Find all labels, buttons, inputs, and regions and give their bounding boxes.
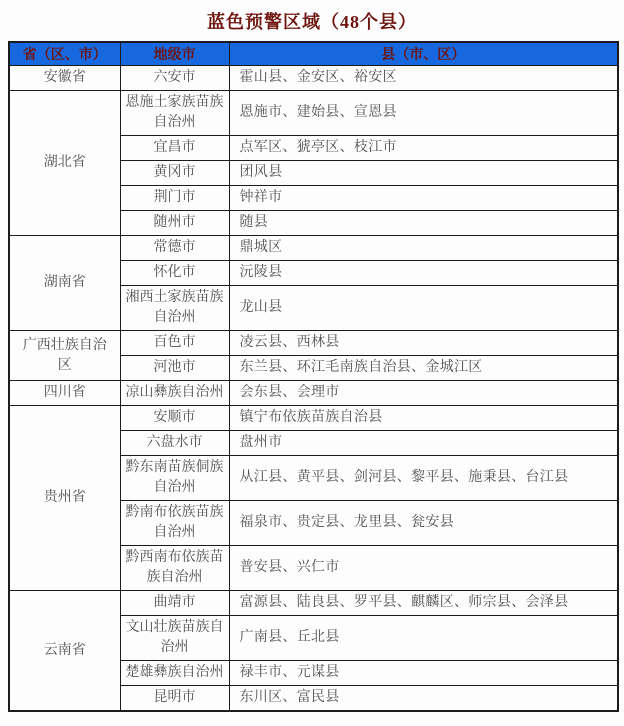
counties-cell: 团风县 <box>229 161 618 186</box>
city-cell: 曲靖市 <box>120 591 229 616</box>
province-cell: 湖南省 <box>9 236 120 331</box>
counties-cell: 富源县、陆良县、罗平县、麒麟区、师宗县、会泽县 <box>229 591 618 616</box>
province-cell: 四川省 <box>9 381 120 406</box>
city-cell: 安顺市 <box>120 406 229 431</box>
counties-cell: 点军区、猇亭区、枝江市 <box>229 136 618 161</box>
city-cell: 凉山彝族自治州 <box>120 381 229 406</box>
counties-cell: 龙山县 <box>229 286 618 331</box>
city-cell: 楚雄彝族自治州 <box>120 661 229 686</box>
page: 蓝色预警区域（48个县） 省（区、市） 地级市 县（市、区） 安徽省六安市霍山县… <box>0 0 624 712</box>
city-cell: 黄冈市 <box>120 161 229 186</box>
city-cell: 文山壮族苗族自治州 <box>120 616 229 661</box>
header-province: 省（区、市） <box>9 42 120 66</box>
table-row: 湖南省常德市鼎城区 <box>9 236 618 261</box>
counties-cell: 鼎城区 <box>229 236 618 261</box>
table-row: 安徽省六安市霍山县、金安区、裕安区 <box>9 66 618 91</box>
table-row: 四川省凉山彝族自治州会东县、会理市 <box>9 381 618 406</box>
counties-cell: 广南县、丘北县 <box>229 616 618 661</box>
province-cell: 安徽省 <box>9 66 120 91</box>
header-row: 省（区、市） 地级市 县（市、区） <box>9 42 618 66</box>
city-cell: 怀化市 <box>120 261 229 286</box>
province-cell: 湖北省 <box>9 91 120 236</box>
counties-cell: 恩施市、建始县、宣恩县 <box>229 91 618 136</box>
city-cell: 湘西土家族苗族自治州 <box>120 286 229 331</box>
counties-cell: 会东县、会理市 <box>229 381 618 406</box>
city-cell: 黔西南布依族苗族自治州 <box>120 546 229 591</box>
counties-cell: 东兰县、环江毛南族自治县、金城江区 <box>229 356 618 381</box>
counties-cell: 钟祥市 <box>229 186 618 211</box>
table-body: 安徽省六安市霍山县、金安区、裕安区湖北省恩施土家族苗族自治州恩施市、建始县、宣恩… <box>9 66 618 712</box>
province-cell: 云南省 <box>9 591 120 712</box>
counties-cell: 霍山县、金安区、裕安区 <box>229 66 618 91</box>
counties-cell: 凌云县、西林县 <box>229 331 618 356</box>
city-cell: 昆明市 <box>120 686 229 712</box>
province-cell: 广西壮族自治区 <box>9 331 120 381</box>
counties-cell: 普安县、兴仁市 <box>229 546 618 591</box>
counties-cell: 从江县、黄平县、剑河县、黎平县、施秉县、台江县 <box>229 456 618 501</box>
city-cell: 常德市 <box>120 236 229 261</box>
city-cell: 百色市 <box>120 331 229 356</box>
counties-cell: 东川区、富民县 <box>229 686 618 712</box>
table-row: 贵州省安顺市镇宁布依族苗族自治县 <box>9 406 618 431</box>
counties-cell: 盘州市 <box>229 431 618 456</box>
city-cell: 黔东南苗族侗族自治州 <box>120 456 229 501</box>
counties-cell: 随县 <box>229 211 618 236</box>
page-title: 蓝色预警区域（48个县） <box>0 0 624 41</box>
city-cell: 随州市 <box>120 211 229 236</box>
city-cell: 宜昌市 <box>120 136 229 161</box>
city-cell: 六安市 <box>120 66 229 91</box>
table-row: 云南省曲靖市富源县、陆良县、罗平县、麒麟区、师宗县、会泽县 <box>9 591 618 616</box>
city-cell: 黔南布依族苗族自治州 <box>120 501 229 546</box>
city-cell: 河池市 <box>120 356 229 381</box>
city-cell: 荆门市 <box>120 186 229 211</box>
warning-table: 省（区、市） 地级市 县（市、区） 安徽省六安市霍山县、金安区、裕安区湖北省恩施… <box>8 41 619 712</box>
counties-cell: 福泉市、贵定县、龙里县、瓮安县 <box>229 501 618 546</box>
counties-cell: 禄丰市、元谋县 <box>229 661 618 686</box>
counties-cell: 沅陵县 <box>229 261 618 286</box>
province-cell: 贵州省 <box>9 406 120 591</box>
city-cell: 恩施土家族苗族自治州 <box>120 91 229 136</box>
header-counties: 县（市、区） <box>229 42 618 66</box>
table-row: 广西壮族自治区百色市凌云县、西林县 <box>9 331 618 356</box>
counties-cell: 镇宁布依族苗族自治县 <box>229 406 618 431</box>
table-row: 湖北省恩施土家族苗族自治州恩施市、建始县、宣恩县 <box>9 91 618 136</box>
header-city: 地级市 <box>120 42 229 66</box>
city-cell: 六盘水市 <box>120 431 229 456</box>
